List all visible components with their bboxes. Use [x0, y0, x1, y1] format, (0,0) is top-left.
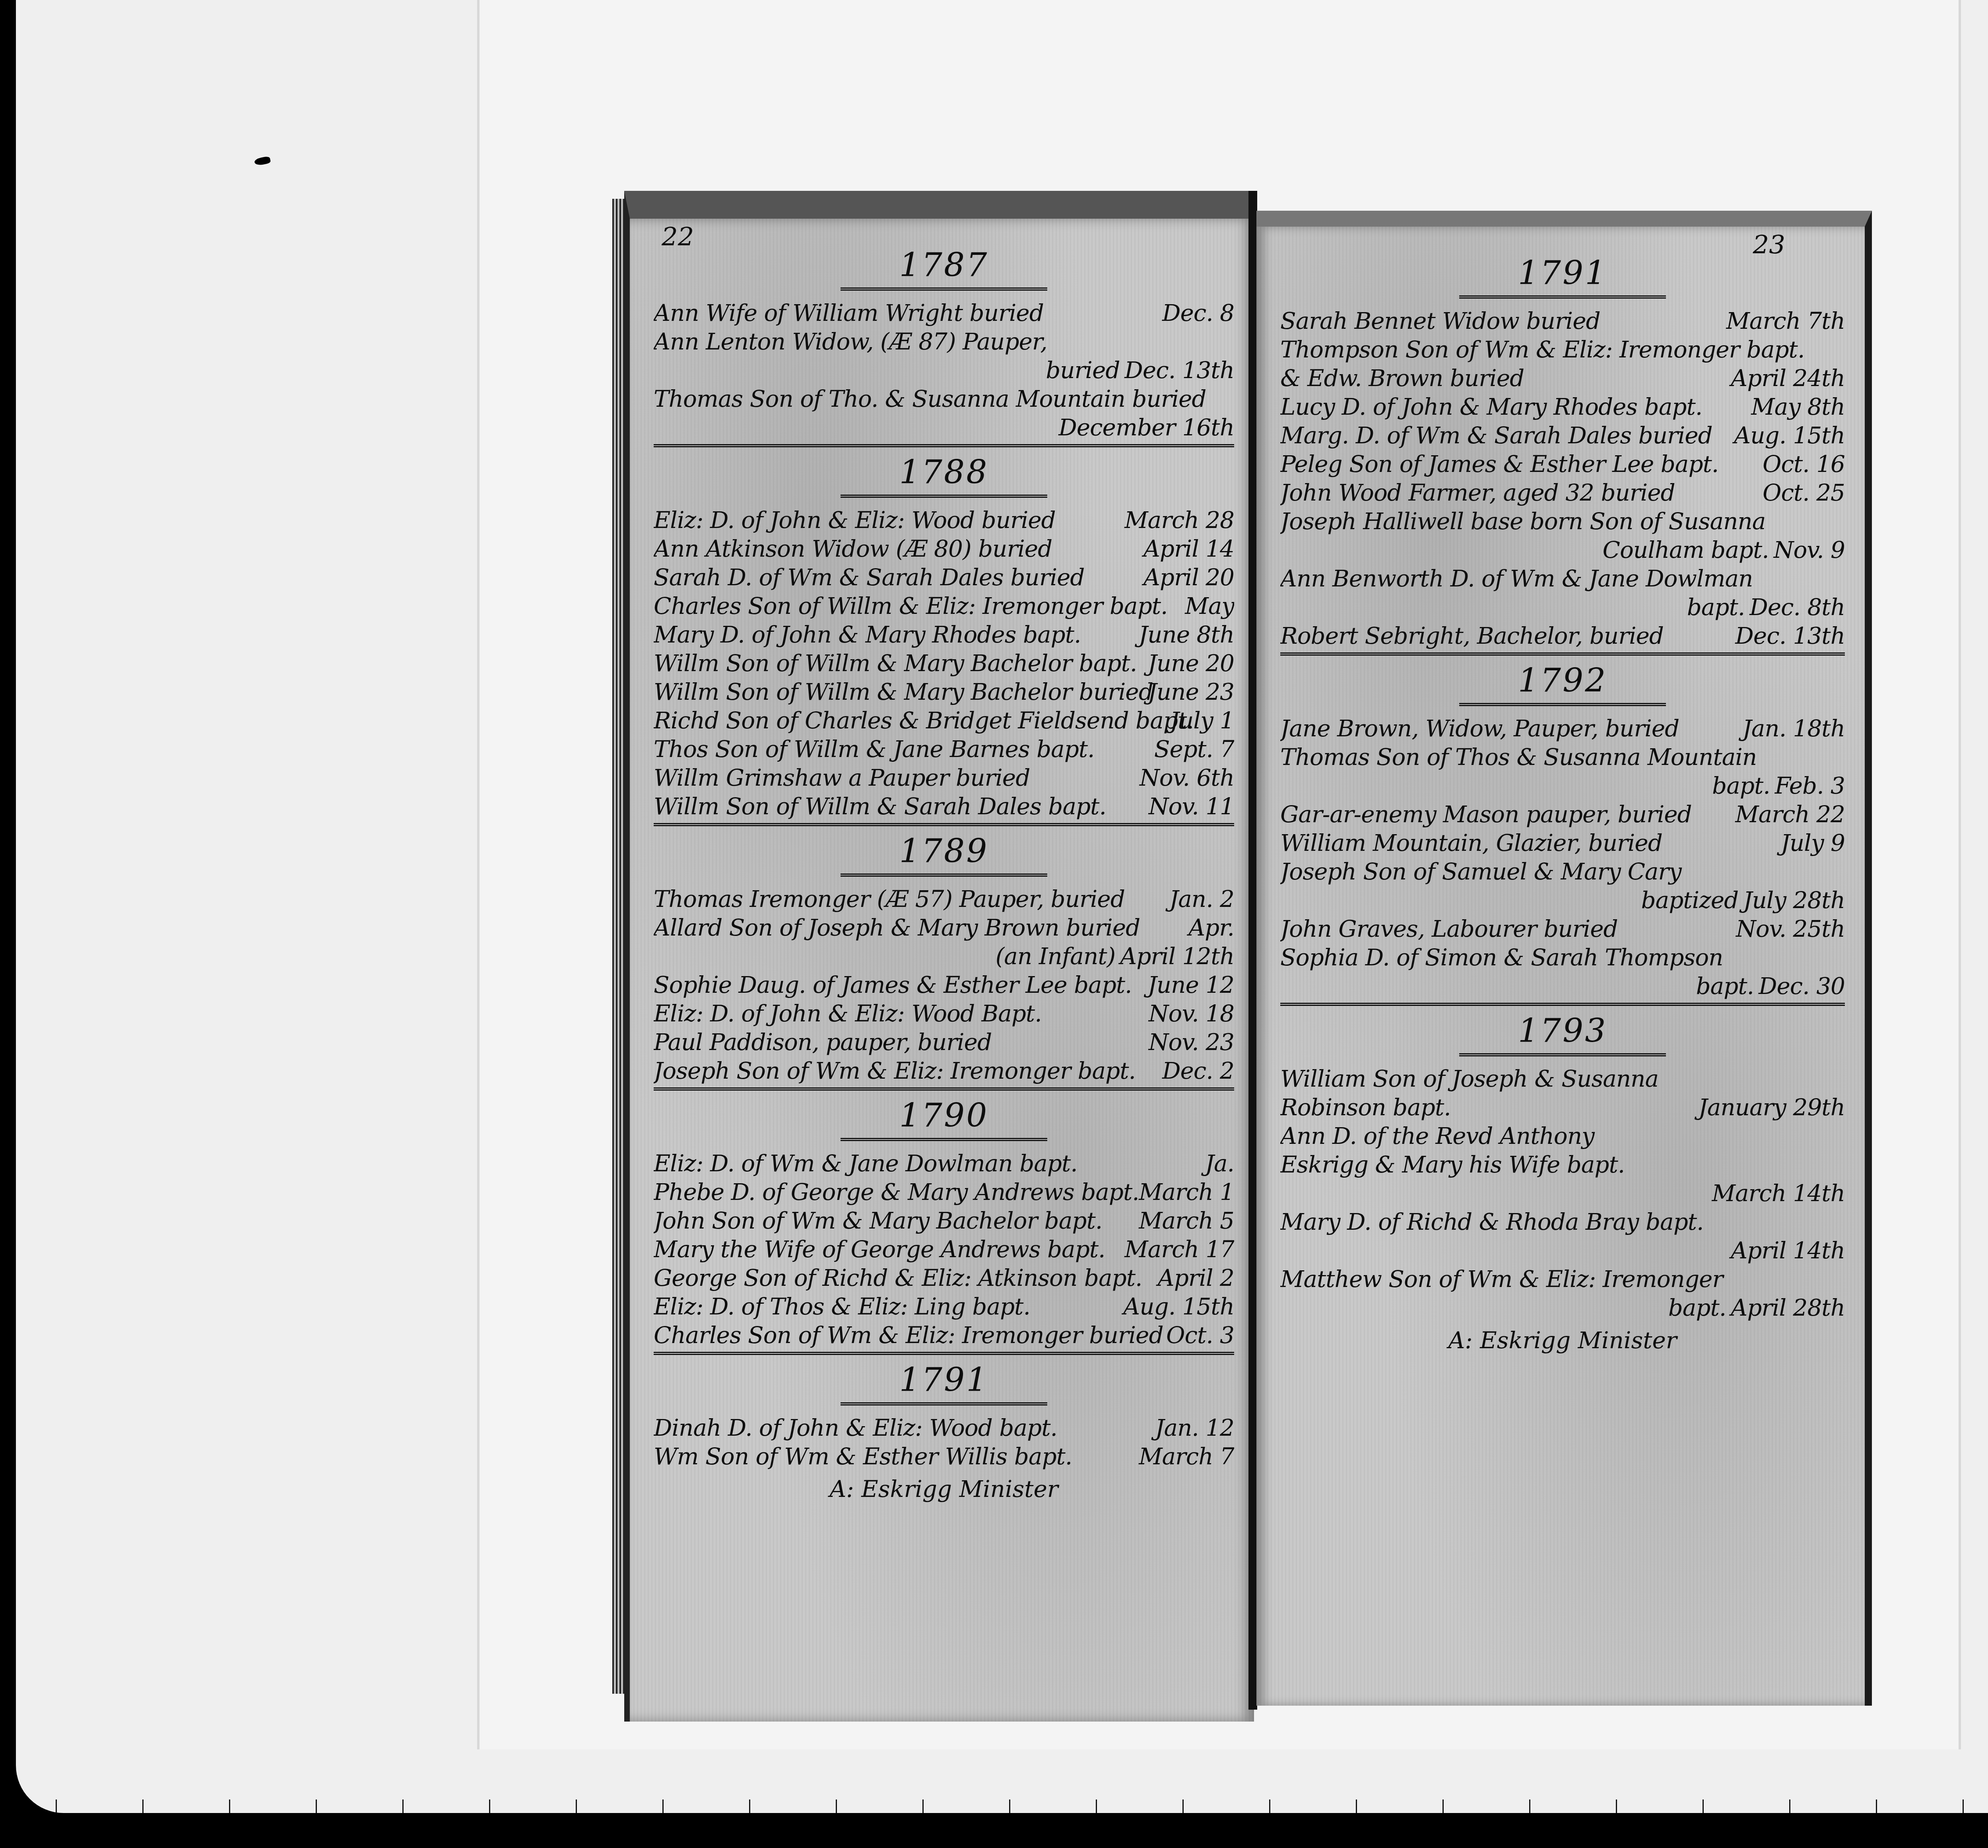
register-entry: Thomas Son of Thos & Susanna Mountain: [1280, 743, 1845, 771]
year-underline: [841, 874, 1047, 877]
entry-date: June 20: [1143, 649, 1234, 677]
register-entry: March 7thSarah Bennet Widow buried: [1280, 307, 1845, 335]
register-entry: Matthew Son of Wm & Eliz: Iremonger: [1280, 1265, 1845, 1293]
entry-date: Oct. 3: [1161, 1321, 1234, 1349]
entry-text: John Graves, Labourer buried: [1280, 915, 1618, 942]
entry-text: Willm Son of Willm & Mary Bachelor bapt.: [654, 650, 1137, 677]
year-heading: 1790: [654, 1097, 1234, 1135]
entry-text: Richd Son of Charles & Bridget Fieldsend…: [654, 707, 1194, 734]
year-section: 1791Jan. 12Dinah D. of John & Eliz: Wood…: [654, 1352, 1234, 1471]
register-entry: Oct. 25John Wood Farmer, aged 32 buried: [1280, 478, 1845, 507]
register-entry: April 20Sarah D. of Wm & Sarah Dales bur…: [654, 563, 1234, 592]
entry-date: April 2: [1153, 1264, 1234, 1292]
entry-text: bapt.: [1712, 772, 1770, 799]
year-section: 1791March 7thSarah Bennet Widow buriedTh…: [1280, 254, 1845, 650]
entry-date: Feb. 3: [1770, 771, 1845, 800]
entry-date: Jan. 2: [1165, 885, 1234, 913]
register-entry: Thomas Son of Tho. & Susanna Mountain bu…: [654, 384, 1234, 413]
entry-date: April 24th: [1726, 364, 1845, 392]
entry-date: Nov. 18: [1144, 999, 1234, 1028]
register-entry: Ann Lenton Widow, (Æ 87) Pauper,: [654, 327, 1234, 356]
entry-text: Ann Wife of William Wright buried: [654, 299, 1044, 326]
entry-date: Nov. 9: [1769, 536, 1845, 564]
year-section: 1793William Son of Joseph & SusannaJanua…: [1280, 1003, 1845, 1322]
sprocket-tick: [229, 1799, 230, 1813]
entry-text: Allard Son of Joseph & Mary Brown buried: [654, 914, 1140, 941]
entry-text: Joseph Son of Samuel & Mary Cary: [1280, 858, 1681, 885]
year-section: 1788March 28Eliz: D. of John & Eliz: Woo…: [654, 444, 1234, 821]
register-entry: March 28Eliz: D. of John & Eliz: Wood bu…: [654, 506, 1234, 534]
sprocket-tick: [576, 1799, 577, 1813]
register-entry: Jan. 2Thomas Iremonger (Æ 57) Pauper, bu…: [654, 885, 1234, 913]
year-heading: 1793: [1280, 1012, 1845, 1050]
year-underline: [841, 1402, 1047, 1405]
entry-text: Joseph Halliwell base born Son of Susann…: [1280, 508, 1765, 535]
register-entry: April 14th: [1280, 1236, 1845, 1265]
sprocket-tick: [749, 1799, 750, 1813]
entry-text: Eliz: D. of John & Eliz: Wood buried: [654, 507, 1056, 534]
year-heading: 1792: [1280, 662, 1845, 700]
entry-text: Ann D. of the Revd Anthony: [1280, 1122, 1594, 1149]
sprocket-tick: [922, 1799, 924, 1813]
sprocket-tick: [1009, 1799, 1010, 1813]
register-entry: July 1Richd Son of Charles & Bridget Fie…: [654, 706, 1234, 735]
sprocket-tick: [142, 1799, 144, 1813]
film-speck: [254, 156, 271, 166]
year-section: 1790Ja.Eliz: D. of Wm & Jane Dowlman bap…: [654, 1087, 1234, 1349]
entry-date: July 9: [1776, 829, 1845, 857]
entry-text: Willm Son of Willm & Sarah Dales bapt.: [654, 793, 1106, 820]
entry-text: Eliz: D. of John & Eliz: Wood Bapt.: [654, 1000, 1042, 1027]
entry-text: Thomas Son of Thos & Susanna Mountain: [1280, 743, 1757, 771]
entry-date: Ja.: [1200, 1149, 1234, 1178]
entry-date: Nov. 11: [1144, 792, 1234, 821]
register-entry: April 2George Son of Richd & Eliz: Atkin…: [654, 1264, 1234, 1292]
entry-text: Jane Brown, Widow, Pauper, buried: [1280, 715, 1679, 742]
year-underline: [1459, 295, 1666, 299]
register-entry: Nov. 11Willm Son of Willm & Sarah Dales …: [654, 792, 1234, 821]
entry-text: Joseph Son of Wm & Eliz: Iremonger bapt.: [654, 1057, 1136, 1084]
year-underline: [841, 495, 1047, 498]
entry-text: Ann Lenton Widow, (Æ 87) Pauper,: [654, 328, 1047, 355]
entry-text: Robinson bapt.: [1280, 1094, 1451, 1121]
entry-text: Coulham bapt.: [1603, 536, 1769, 563]
register-entry: Jan. 12Dinah D. of John & Eliz: Wood bap…: [654, 1413, 1234, 1442]
entry-date: Jan. 12: [1150, 1413, 1234, 1442]
register-entry: Nov. 9Coulham bapt.: [1280, 536, 1845, 564]
register-entry: Nov. 23Paul Paddison, pauper, buried: [654, 1028, 1234, 1056]
entry-text: Eliz: D. of Thos & Eliz: Ling bapt.: [654, 1293, 1030, 1320]
entry-date: March 14th: [1707, 1179, 1845, 1207]
entry-text: Thomas Son of Tho. & Susanna Mountain bu…: [654, 385, 1206, 412]
entry-text: Mary D. of John & Mary Rhodes bapt.: [654, 621, 1081, 648]
register-entry: Joseph Halliwell base born Son of Susann…: [1280, 507, 1845, 536]
sprocket-tick: [402, 1799, 404, 1813]
register-entry: Sept. 7Thos Son of Willm & Jane Barnes b…: [654, 735, 1234, 763]
entry-date: Apr.: [1184, 913, 1234, 942]
sprocket-tick: [1529, 1799, 1530, 1813]
register-entry: April 14Ann Atkinson Widow (Æ 80) buried: [654, 534, 1234, 563]
entry-text: Lucy D. of John & Mary Rhodes bapt.: [1280, 393, 1702, 420]
sprocket-tick: [1356, 1799, 1357, 1813]
entry-text: Paul Paddison, pauper, buried: [654, 1029, 992, 1056]
register-entry: Sophia D. of Simon & Sarah Thompson: [1280, 943, 1845, 972]
register-entry: March 17Mary the Wife of George Andrews …: [654, 1235, 1234, 1264]
register-entry: December 16th: [654, 413, 1234, 442]
entry-text: Ann Atkinson Widow (Æ 80) buried: [654, 535, 1052, 562]
entry-date: April 14: [1139, 534, 1234, 563]
entry-text: Thos Son of Willm & Jane Barnes bapt.: [654, 736, 1095, 763]
entry-text: & Edw. Brown buried: [1280, 365, 1524, 392]
register-entry: Joseph Son of Samuel & Mary Cary: [1280, 857, 1845, 886]
entry-text: Wm Son of Wm & Esther Willis bapt.: [654, 1443, 1072, 1470]
register-entry: April 12th(an Infant): [654, 942, 1234, 971]
entry-text: John Son of Wm & Mary Bachelor bapt.: [654, 1207, 1102, 1234]
register-entry: July 28thbaptized: [1280, 886, 1845, 914]
entry-text: Thomas Iremonger (Æ 57) Pauper, buried: [654, 885, 1125, 912]
entry-text: (an Infant): [996, 943, 1116, 970]
sprocket-tick: [1963, 1799, 1964, 1813]
register-entry: Apr.Allard Son of Joseph & Mary Brown bu…: [654, 913, 1234, 942]
entry-text: William Son of Joseph & Susanna: [1280, 1065, 1658, 1092]
minister-signature: A: Eskrigg Minister: [654, 1475, 1234, 1503]
entry-text: Eliz: D. of Wm & Jane Dowlman bapt.: [654, 1150, 1077, 1177]
register-entry: Dec. 30bapt.: [1280, 972, 1845, 1000]
minister-signature: A: Eskrigg Minister: [1280, 1326, 1845, 1355]
entry-text: Gar-ar-enemy Mason pauper, buried: [1280, 801, 1692, 828]
entry-text: Peleg Son of James & Esther Lee bapt.: [1280, 450, 1718, 478]
sprocket-tick: [662, 1799, 664, 1813]
entry-date: January 29th: [1693, 1093, 1845, 1122]
entry-text: Sophia D. of Simon & Sarah Thompson: [1280, 944, 1723, 971]
register-book: 22 1787Dec. 8Ann Wife of William Wright …: [612, 167, 1924, 1718]
register-entry: Dec. 2Joseph Son of Wm & Eliz: Iremonger…: [654, 1056, 1234, 1085]
sprocket-tick: [836, 1799, 837, 1813]
entry-date: December 16th: [1054, 413, 1234, 442]
year-heading: 1787: [654, 247, 1234, 284]
entry-date: Dec. 13th: [1730, 621, 1845, 650]
section-divider: [654, 823, 1234, 826]
register-entry: MayCharles Son of Willm & Eliz: Iremonge…: [654, 592, 1234, 620]
entry-date: Jan. 18th: [1738, 714, 1845, 743]
entry-text: John Wood Farmer, aged 32 buried: [1280, 479, 1675, 506]
register-entry: Nov. 6thWillm Grimshaw a Pauper buried: [654, 763, 1234, 792]
sprocket-tick: [1096, 1799, 1097, 1813]
register-entry: Ann Benworth D. of Wm & Jane Dowlman: [1280, 564, 1845, 593]
entry-date: Aug. 15th: [1118, 1292, 1234, 1321]
right-page: 23 1791March 7thSarah Bennet Widow burie…: [1256, 211, 1872, 1706]
register-entry: Ja.Eliz: D. of Wm & Jane Dowlman bapt.: [654, 1149, 1234, 1178]
entry-text: Matthew Son of Wm & Eliz: Iremonger: [1280, 1266, 1723, 1293]
register-entry: Feb. 3bapt.: [1280, 771, 1845, 800]
register-entry: July 9William Mountain, Glazier, buried: [1280, 829, 1845, 857]
register-entry: Thompson Son of Wm & Eliz: Iremonger bap…: [1280, 335, 1845, 364]
entry-date: Nov. 6th: [1135, 763, 1234, 792]
entry-date: April 14th: [1726, 1236, 1845, 1265]
page-edges: [612, 199, 626, 1694]
year-underline: [841, 1138, 1047, 1141]
sprocket-tick: [56, 1799, 57, 1813]
entry-text: Mary D. of Richd & Rhoda Bray bapt.: [1280, 1208, 1704, 1235]
register-entry: January 29thRobinson bapt.: [1280, 1093, 1845, 1122]
entry-text: buried: [1046, 357, 1120, 384]
entry-text: bapt.: [1696, 973, 1754, 1000]
year-section: 1787Dec. 8Ann Wife of William Wright bur…: [654, 247, 1234, 442]
section-divider: [654, 444, 1234, 447]
entry-date: June 8th: [1134, 620, 1234, 649]
sprocket-tick: [1876, 1799, 1877, 1813]
register-entry: Ann D. of the Revd Anthony: [1280, 1122, 1845, 1150]
entry-date: March 22: [1730, 800, 1845, 829]
entry-date: Dec. 13th: [1120, 356, 1234, 384]
year-heading: 1788: [654, 454, 1234, 491]
register-entry: March 7Wm Son of Wm & Esther Willis bapt…: [654, 1442, 1234, 1471]
register-entry: June 20Willm Son of Willm & Mary Bachelo…: [654, 649, 1234, 677]
entry-text: Eskrigg & Mary his Wife bapt.: [1280, 1151, 1625, 1178]
entry-date: April 12th: [1115, 942, 1234, 971]
sprocket-tick: [1703, 1799, 1704, 1813]
register-entry: Oct. 3Charles Son of Wm & Eliz: Iremonge…: [654, 1321, 1234, 1349]
year-heading: 1791: [654, 1361, 1234, 1399]
entry-text: Mary the Wife of George Andrews bapt.: [654, 1236, 1105, 1263]
sprocket-tick: [1616, 1799, 1617, 1813]
register-entry: Dec. 13thburied: [654, 356, 1234, 384]
film-sprocket-strip: [40, 1797, 1988, 1813]
register-entry: June 23Willm Son of Willm & Mary Bachelo…: [654, 677, 1234, 706]
entry-date: Nov. 23: [1144, 1028, 1234, 1056]
register-entry: March 1Phebe D. of George & Mary Andrews…: [654, 1178, 1234, 1206]
register-entry: Dec. 8Ann Wife of William Wright buried: [654, 299, 1234, 327]
entry-date: March 1: [1134, 1178, 1234, 1206]
register-entry: Oct. 16Peleg Son of James & Esther Lee b…: [1280, 450, 1845, 478]
entry-text: Ann Benworth D. of Wm & Jane Dowlman: [1280, 565, 1753, 592]
entry-text: Willm Grimshaw a Pauper buried: [654, 764, 1030, 791]
year-heading: 1791: [1280, 254, 1845, 292]
entry-text: Charles Son of Willm & Eliz: Iremonger b…: [654, 592, 1168, 619]
entry-date: July 28th: [1738, 886, 1845, 914]
year-underline: [1459, 703, 1666, 706]
entry-date: Dec. 30: [1754, 972, 1845, 1000]
left-page: 22 1787Dec. 8Ann Wife of William Wright …: [624, 191, 1254, 1722]
year-underline: [1459, 1053, 1666, 1056]
register-entry: March 22Gar-ar-enemy Mason pauper, burie…: [1280, 800, 1845, 829]
entry-text: Thompson Son of Wm & Eliz: Iremonger bap…: [1280, 336, 1804, 363]
entry-date: Dec. 2: [1157, 1056, 1234, 1085]
entry-date: Nov. 25th: [1731, 914, 1845, 943]
entry-date: Oct. 25: [1758, 478, 1845, 507]
register-entry: April 24th& Edw. Brown buried: [1280, 364, 1845, 392]
entry-text: Sarah D. of Wm & Sarah Dales buried: [654, 564, 1084, 591]
right-page-content: 1791March 7thSarah Bennet Widow buriedTh…: [1280, 243, 1845, 1690]
register-entry: Mary D. of Richd & Rhoda Bray bapt.: [1280, 1207, 1845, 1236]
sprocket-tick: [316, 1799, 317, 1813]
register-entry: March 14th: [1280, 1179, 1845, 1207]
register-entry: Eskrigg & Mary his Wife bapt.: [1280, 1150, 1845, 1179]
sprocket-tick: [1789, 1799, 1790, 1813]
register-entry: Nov. 25thJohn Graves, Labourer buried: [1280, 914, 1845, 943]
register-entry: June 12Sophie Daug. of James & Esther Le…: [654, 971, 1234, 999]
register-entry: Aug. 15thEliz: D. of Thos & Eliz: Ling b…: [654, 1292, 1234, 1321]
entry-date: May: [1180, 592, 1234, 620]
section-divider: [654, 1087, 1234, 1091]
entry-date: May 8th: [1746, 392, 1845, 421]
entry-date: June 12: [1143, 971, 1234, 999]
entry-date: March 7th: [1721, 307, 1845, 335]
entry-text: baptized: [1641, 887, 1738, 914]
sprocket-tick: [489, 1799, 490, 1813]
section-divider: [1280, 1003, 1845, 1006]
sprocket-tick: [1269, 1799, 1270, 1813]
year-section: 1792Jan. 18thJane Brown, Widow, Pauper, …: [1280, 652, 1845, 1000]
entry-date: March 17: [1120, 1235, 1234, 1264]
entry-text: Willm Son of Willm & Mary Bachelor burie…: [654, 678, 1153, 705]
sprocket-tick: [1442, 1799, 1444, 1813]
entry-date: March 7: [1134, 1442, 1234, 1471]
year-underline: [841, 287, 1047, 291]
entry-text: Phebe D. of George & Mary Andrews bapt.: [654, 1178, 1139, 1205]
register-entry: William Son of Joseph & Susanna: [1280, 1064, 1845, 1093]
entry-date: Aug. 15th: [1729, 421, 1845, 450]
register-entry: Jan. 18thJane Brown, Widow, Pauper, buri…: [1280, 714, 1845, 743]
entry-text: bapt.: [1687, 594, 1745, 621]
entry-date: Sept. 7: [1149, 735, 1234, 763]
left-page-content: 1787Dec. 8Ann Wife of William Wright bur…: [654, 235, 1234, 1706]
entry-text: bapt.: [1668, 1294, 1726, 1321]
register-entry: May 8thLucy D. of John & Mary Rhodes bap…: [1280, 392, 1845, 421]
entry-text: George Son of Richd & Eliz: Atkinson bap…: [654, 1264, 1142, 1291]
register-entry: June 8thMary D. of John & Mary Rhodes ba…: [654, 620, 1234, 649]
entry-date: April 20: [1139, 563, 1234, 592]
entry-text: Charles Son of Wm & Eliz: Iremonger buri…: [654, 1322, 1163, 1349]
entry-date: Dec. 8th: [1745, 593, 1845, 621]
year-section: 1789Jan. 2Thomas Iremonger (Æ 57) Pauper…: [654, 823, 1234, 1085]
entry-text: Sophie Daug. of James & Esther Lee bapt.: [654, 971, 1132, 998]
entry-date: June 23: [1143, 677, 1234, 706]
register-entry: March 5John Son of Wm & Mary Bachelor ba…: [654, 1206, 1234, 1235]
section-divider: [654, 1352, 1234, 1355]
register-entry: Aug. 15thMarg. D. of Wm & Sarah Dales bu…: [1280, 421, 1845, 450]
entry-text: Sarah Bennet Widow buried: [1280, 307, 1600, 334]
year-heading: 1789: [654, 833, 1234, 870]
sprocket-tick: [1182, 1799, 1184, 1813]
entry-date: April 28th: [1726, 1293, 1845, 1322]
section-divider: [1280, 652, 1845, 656]
entry-text: William Mountain, Glazier, buried: [1280, 829, 1662, 856]
book-spine: [1248, 191, 1257, 1710]
entry-text: Dinah D. of John & Eliz: Wood bapt.: [654, 1414, 1057, 1441]
register-entry: April 28thbapt.: [1280, 1293, 1845, 1322]
entry-date: Oct. 16: [1758, 450, 1845, 478]
entry-date: Dec. 8: [1157, 299, 1234, 327]
register-entry: Nov. 18Eliz: D. of John & Eliz: Wood Bap…: [654, 999, 1234, 1028]
entry-text: Marg. D. of Wm & Sarah Dales buried: [1280, 422, 1712, 449]
entry-date: March 5: [1134, 1206, 1234, 1235]
register-entry: Dec. 13thRobert Sebright, Bachelor, buri…: [1280, 621, 1845, 650]
register-entry: Dec. 8thbapt.: [1280, 593, 1845, 621]
entry-date: March 28: [1120, 506, 1234, 534]
entry-text: Robert Sebright, Bachelor, buried: [1280, 622, 1664, 649]
